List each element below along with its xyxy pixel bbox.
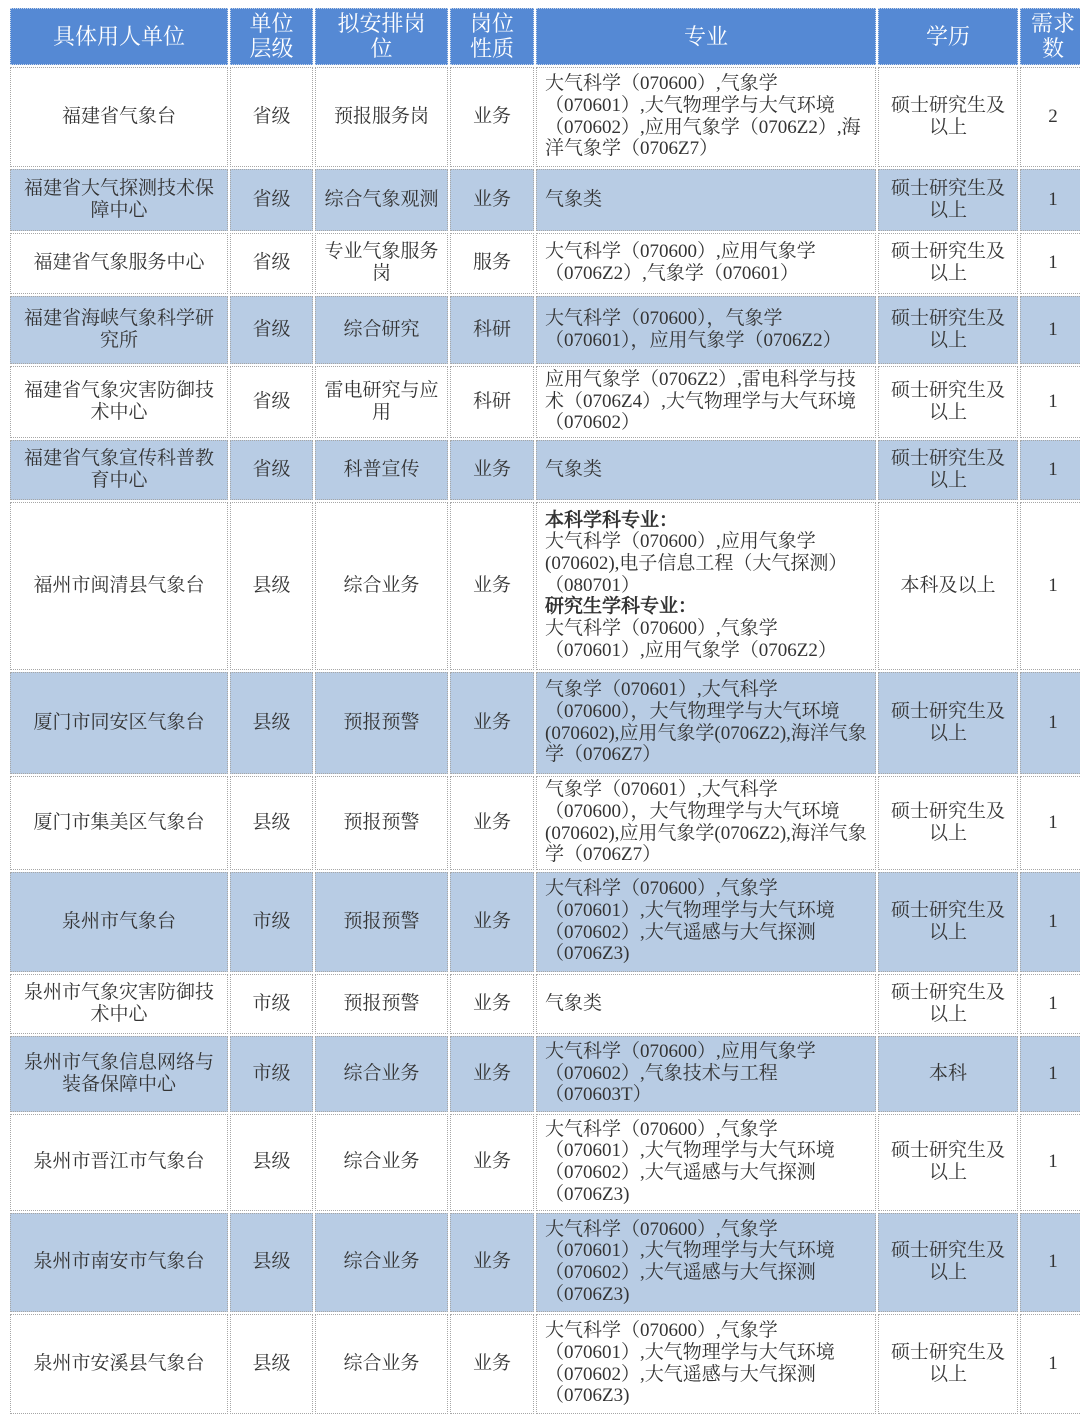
cell-level: 市级 bbox=[230, 1036, 313, 1112]
cell-unit: 泉州市气象灾害防御技术中心 bbox=[10, 974, 228, 1034]
cell-level: 县级 bbox=[230, 1314, 313, 1414]
cell-nature: 科研 bbox=[450, 296, 534, 364]
major-text: 大气科学（070600）,气象学（070601）,大气物理学与大气环境（0706… bbox=[545, 73, 869, 160]
cell-position: 专业气象服务岗 bbox=[315, 233, 448, 294]
table-row: 泉州市气象台市级预报预警业务大气科学（070600）,气象学（070601）,大… bbox=[10, 872, 1080, 972]
cell-count: 1 bbox=[1020, 672, 1080, 774]
major-text: 大气科学（070600）,应用气象学（0706Z2）,气象学（070601） bbox=[545, 241, 869, 284]
recruitment-table: 具体用人单位 单位 层级 拟安排岗 位 岗位 性质 专业 学历 需求 数 福建省… bbox=[8, 6, 1080, 1416]
cell-level: 县级 bbox=[230, 1114, 313, 1211]
column-header-major: 专业 bbox=[536, 8, 876, 65]
major-text: 大气科学（070600）,气象学（070601）,大气物理学与大气环境（0706… bbox=[545, 1119, 869, 1206]
major-text: 大气科学（070600）,气象学（070601）,应用气象学（0706Z2） bbox=[545, 618, 869, 661]
cell-unit: 泉州市气象信息网络与装备保障中心 bbox=[10, 1036, 228, 1112]
major-heading: 本科学科专业： bbox=[545, 510, 869, 532]
cell-education: 硕士研究生及以上 bbox=[878, 67, 1018, 167]
cell-nature: 业务 bbox=[450, 974, 534, 1034]
cell-education: 硕士研究生及以上 bbox=[878, 872, 1018, 972]
cell-education: 硕士研究生及以上 bbox=[878, 169, 1018, 231]
cell-education: 硕士研究生及以上 bbox=[878, 1314, 1018, 1414]
table-header-row: 具体用人单位 单位 层级 拟安排岗 位 岗位 性质 专业 学历 需求 数 bbox=[10, 8, 1080, 65]
cell-nature: 业务 bbox=[450, 1036, 534, 1112]
cell-level: 省级 bbox=[230, 169, 313, 231]
cell-unit: 福建省气象服务中心 bbox=[10, 233, 228, 294]
major-text: 气象学（070601）,大气科学（070600），大气物理学与大气环境(0706… bbox=[545, 679, 869, 766]
cell-count: 1 bbox=[1020, 366, 1080, 438]
cell-major: 气象类 bbox=[536, 974, 876, 1034]
cell-nature: 业务 bbox=[450, 502, 534, 670]
cell-position: 雷电研究与应用 bbox=[315, 366, 448, 438]
cell-position: 预报预警 bbox=[315, 672, 448, 774]
cell-education: 本科 bbox=[878, 1036, 1018, 1112]
cell-level: 省级 bbox=[230, 233, 313, 294]
table-row: 泉州市气象灾害防御技术中心市级预报预警业务气象类硕士研究生及以上1 bbox=[10, 974, 1080, 1034]
cell-nature: 业务 bbox=[450, 776, 534, 870]
cell-unit: 泉州市晋江市气象台 bbox=[10, 1114, 228, 1211]
column-header-education: 学历 bbox=[878, 8, 1018, 65]
cell-count: 1 bbox=[1020, 1114, 1080, 1211]
major-heading: 研究生学科专业： bbox=[545, 596, 869, 618]
major-text: 大气科学（070600）,气象学（070601）,大气物理学与大气环境（0706… bbox=[545, 878, 869, 965]
cell-position: 综合业务 bbox=[315, 502, 448, 670]
page: 具体用人单位 单位 层级 拟安排岗 位 岗位 性质 专业 学历 需求 数 福建省… bbox=[0, 0, 1080, 1423]
cell-level: 市级 bbox=[230, 974, 313, 1034]
cell-level: 县级 bbox=[230, 1213, 313, 1312]
cell-education: 硕士研究生及以上 bbox=[878, 296, 1018, 364]
table-header: 具体用人单位 单位 层级 拟安排岗 位 岗位 性质 专业 学历 需求 数 bbox=[10, 8, 1080, 65]
major-text: 气象类 bbox=[545, 189, 869, 211]
cell-major: 大气科学（070600），气象学（070601），应用气象学（0706Z2） bbox=[536, 296, 876, 364]
cell-major: 大气科学（070600）,气象学（070601）,大气物理学与大气环境（0706… bbox=[536, 1213, 876, 1312]
cell-count: 1 bbox=[1020, 1213, 1080, 1312]
cell-level: 省级 bbox=[230, 296, 313, 364]
cell-unit: 福建省海峡气象科学研究所 bbox=[10, 296, 228, 364]
cell-unit: 厦门市同安区气象台 bbox=[10, 672, 228, 774]
cell-position: 综合业务 bbox=[315, 1213, 448, 1312]
table-row: 福州市闽清县气象台县级综合业务业务本科学科专业：大气科学（070600）,应用气… bbox=[10, 502, 1080, 670]
cell-major: 大气科学（070600）,气象学（070601）,大气物理学与大气环境（0706… bbox=[536, 1314, 876, 1414]
cell-nature: 业务 bbox=[450, 1114, 534, 1211]
cell-nature: 业务 bbox=[450, 169, 534, 231]
table-row: 福建省气象灾害防御技术中心省级雷电研究与应用科研应用气象学（0706Z2）,雷电… bbox=[10, 366, 1080, 438]
table-row: 福建省气象台省级预报服务岗业务大气科学（070600）,气象学（070601）,… bbox=[10, 67, 1080, 167]
cell-position: 预报预警 bbox=[315, 776, 448, 870]
column-header-position: 拟安排岗 位 bbox=[315, 8, 448, 65]
cell-count: 1 bbox=[1020, 296, 1080, 364]
cell-level: 省级 bbox=[230, 440, 313, 500]
cell-nature: 业务 bbox=[450, 67, 534, 167]
cell-unit: 泉州市气象台 bbox=[10, 872, 228, 972]
cell-nature: 业务 bbox=[450, 1213, 534, 1312]
cell-count: 1 bbox=[1020, 1314, 1080, 1414]
cell-major: 本科学科专业：大气科学（070600）,应用气象学(070602),电子信息工程… bbox=[536, 502, 876, 670]
cell-major: 气象类 bbox=[536, 169, 876, 231]
cell-education: 硕士研究生及以上 bbox=[878, 366, 1018, 438]
cell-major: 气象类 bbox=[536, 440, 876, 500]
cell-nature: 服务 bbox=[450, 233, 534, 294]
table-row: 厦门市集美区气象台县级预报预警业务气象学（070601）,大气科学（070600… bbox=[10, 776, 1080, 870]
cell-nature: 业务 bbox=[450, 440, 534, 500]
cell-unit: 福州市闽清县气象台 bbox=[10, 502, 228, 670]
cell-major: 气象学（070601）,大气科学（070600），大气物理学与大气环境(0706… bbox=[536, 776, 876, 870]
cell-position: 预报预警 bbox=[315, 974, 448, 1034]
cell-education: 硕士研究生及以上 bbox=[878, 1114, 1018, 1211]
major-text: 气象学（070601）,大气科学（070600），大气物理学与大气环境(0706… bbox=[545, 779, 869, 866]
cell-nature: 业务 bbox=[450, 1314, 534, 1414]
cell-unit: 福建省气象台 bbox=[10, 67, 228, 167]
cell-nature: 业务 bbox=[450, 672, 534, 774]
cell-unit: 泉州市安溪县气象台 bbox=[10, 1314, 228, 1414]
major-text: 气象类 bbox=[545, 993, 869, 1015]
major-text: 大气科学（070600）,气象学（070601）,大气物理学与大气环境（0706… bbox=[545, 1320, 869, 1407]
major-text: 大气科学（070600），气象学（070601），应用气象学（0706Z2） bbox=[545, 308, 869, 351]
cell-major: 大气科学（070600）,应用气象学（070602）,气象技术与工程（07060… bbox=[536, 1036, 876, 1112]
cell-count: 1 bbox=[1020, 169, 1080, 231]
cell-count: 1 bbox=[1020, 502, 1080, 670]
table-row: 泉州市晋江市气象台县级综合业务业务大气科学（070600）,气象学（070601… bbox=[10, 1114, 1080, 1211]
major-text: 大气科学（070600）,应用气象学（070602）,气象技术与工程（07060… bbox=[545, 1041, 869, 1106]
cell-education: 硕士研究生及以上 bbox=[878, 672, 1018, 774]
cell-education: 本科及以上 bbox=[878, 502, 1018, 670]
table-row: 泉州市南安市气象台县级综合业务业务大气科学（070600）,气象学（070601… bbox=[10, 1213, 1080, 1312]
table-row: 福建省大气探测技术保障中心省级综合气象观测业务气象类硕士研究生及以上1 bbox=[10, 169, 1080, 231]
cell-unit: 福建省大气探测技术保障中心 bbox=[10, 169, 228, 231]
cell-count: 1 bbox=[1020, 974, 1080, 1034]
major-text: 气象类 bbox=[545, 459, 869, 481]
major-text: 大气科学（070600）,气象学（070601）,大气物理学与大气环境（0706… bbox=[545, 1219, 869, 1306]
table-body: 福建省气象台省级预报服务岗业务大气科学（070600）,气象学（070601）,… bbox=[10, 67, 1080, 1414]
cell-level: 省级 bbox=[230, 67, 313, 167]
major-text: 应用气象学（0706Z2）,雷电科学与技术（0706Z4）,大气物理学与大气环境… bbox=[545, 369, 869, 434]
table-row: 泉州市安溪县气象台县级综合业务业务大气科学（070600）,气象学（070601… bbox=[10, 1314, 1080, 1414]
cell-major: 大气科学（070600）,应用气象学（0706Z2）,气象学（070601） bbox=[536, 233, 876, 294]
cell-unit: 泉州市南安市气象台 bbox=[10, 1213, 228, 1312]
cell-unit: 福建省气象灾害防御技术中心 bbox=[10, 366, 228, 438]
cell-major: 大气科学（070600）,气象学（070601）,大气物理学与大气环境（0706… bbox=[536, 67, 876, 167]
cell-position: 综合研究 bbox=[315, 296, 448, 364]
cell-major: 气象学（070601）,大气科学（070600），大气物理学与大气环境(0706… bbox=[536, 672, 876, 774]
cell-position: 预报服务岗 bbox=[315, 67, 448, 167]
table-row: 福建省气象宣传科普教育中心省级科普宣传业务气象类硕士研究生及以上1 bbox=[10, 440, 1080, 500]
column-header-count: 需求 数 bbox=[1020, 8, 1080, 65]
cell-level: 县级 bbox=[230, 776, 313, 870]
cell-count: 1 bbox=[1020, 440, 1080, 500]
cell-position: 综合业务 bbox=[315, 1114, 448, 1211]
cell-count: 1 bbox=[1020, 776, 1080, 870]
cell-major: 大气科学（070600）,气象学（070601）,大气物理学与大气环境（0706… bbox=[536, 872, 876, 972]
column-header-unit: 具体用人单位 bbox=[10, 8, 228, 65]
cell-major: 大气科学（070600）,气象学（070601）,大气物理学与大气环境（0706… bbox=[536, 1114, 876, 1211]
cell-education: 硕士研究生及以上 bbox=[878, 440, 1018, 500]
cell-level: 市级 bbox=[230, 872, 313, 972]
cell-unit: 厦门市集美区气象台 bbox=[10, 776, 228, 870]
cell-count: 1 bbox=[1020, 233, 1080, 294]
cell-nature: 科研 bbox=[450, 366, 534, 438]
cell-major: 应用气象学（0706Z2）,雷电科学与技术（0706Z4）,大气物理学与大气环境… bbox=[536, 366, 876, 438]
table-row: 福建省海峡气象科学研究所省级综合研究科研大气科学（070600），气象学（070… bbox=[10, 296, 1080, 364]
cell-unit: 福建省气象宣传科普教育中心 bbox=[10, 440, 228, 500]
cell-education: 硕士研究生及以上 bbox=[878, 1213, 1018, 1312]
cell-level: 省级 bbox=[230, 366, 313, 438]
major-text: 大气科学（070600）,应用气象学(070602),电子信息工程（大气探测）（… bbox=[545, 531, 869, 596]
cell-position: 预报预警 bbox=[315, 872, 448, 972]
cell-level: 县级 bbox=[230, 672, 313, 774]
column-header-level: 单位 层级 bbox=[230, 8, 313, 65]
cell-level: 县级 bbox=[230, 502, 313, 670]
cell-position: 科普宣传 bbox=[315, 440, 448, 500]
table-row: 福建省气象服务中心省级专业气象服务岗服务大气科学（070600）,应用气象学（0… bbox=[10, 233, 1080, 294]
cell-position: 综合业务 bbox=[315, 1036, 448, 1112]
column-header-nature: 岗位 性质 bbox=[450, 8, 534, 65]
cell-count: 1 bbox=[1020, 872, 1080, 972]
cell-education: 硕士研究生及以上 bbox=[878, 776, 1018, 870]
cell-education: 硕士研究生及以上 bbox=[878, 974, 1018, 1034]
cell-nature: 业务 bbox=[450, 872, 534, 972]
cell-position: 综合业务 bbox=[315, 1314, 448, 1414]
table-row: 厦门市同安区气象台县级预报预警业务气象学（070601）,大气科学（070600… bbox=[10, 672, 1080, 774]
cell-position: 综合气象观测 bbox=[315, 169, 448, 231]
table-row: 泉州市气象信息网络与装备保障中心市级综合业务业务大气科学（070600）,应用气… bbox=[10, 1036, 1080, 1112]
cell-count: 1 bbox=[1020, 1036, 1080, 1112]
cell-count: 2 bbox=[1020, 67, 1080, 167]
cell-education: 硕士研究生及以上 bbox=[878, 233, 1018, 294]
